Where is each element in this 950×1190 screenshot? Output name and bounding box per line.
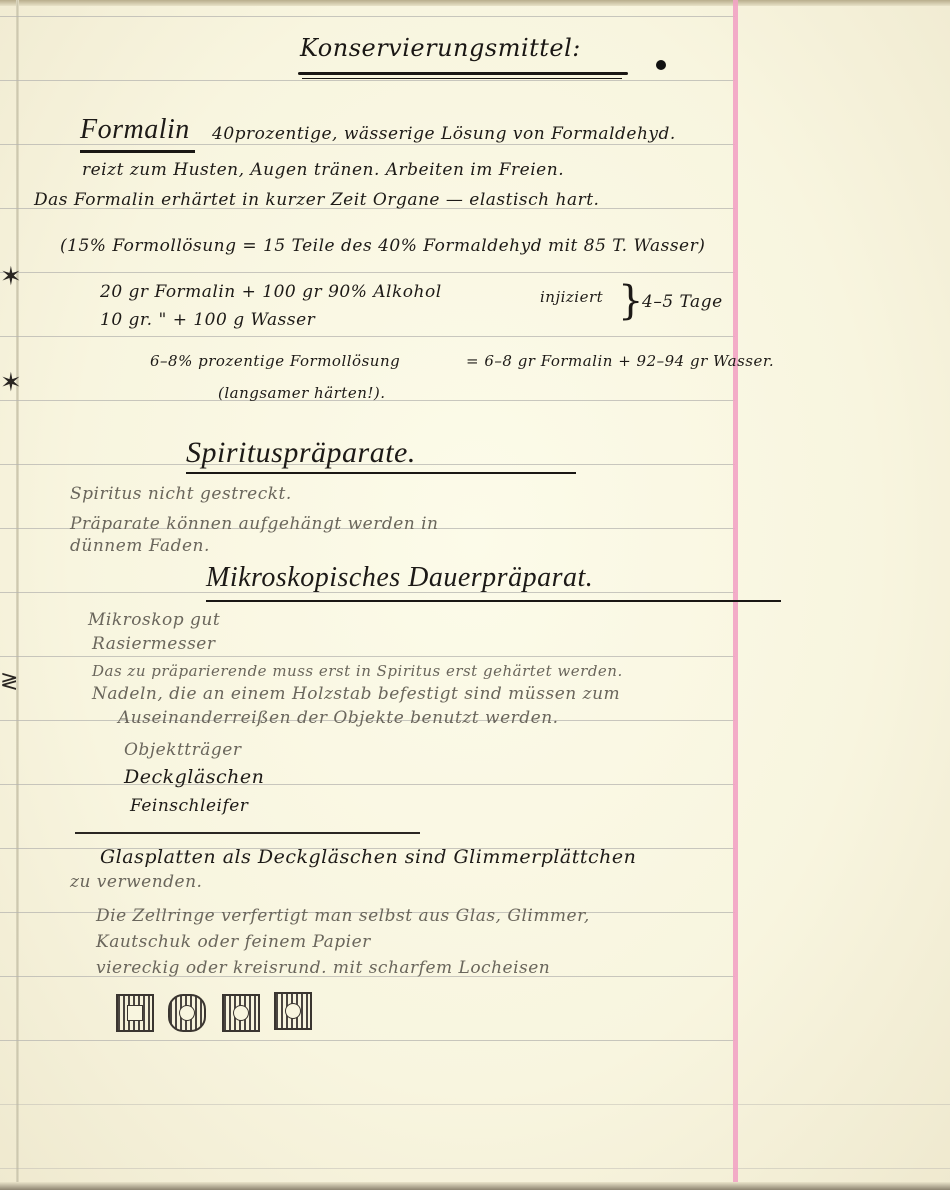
section-separator	[75, 832, 420, 834]
section-heading-formalin: Formalin	[80, 114, 190, 146]
rule-line	[0, 1104, 950, 1105]
round-ring-sketch-icon	[168, 994, 206, 1032]
text-line: = 6–8 gr Formalin + 92–94 gr Wasser.	[466, 352, 774, 370]
title-underline	[302, 78, 622, 79]
star-doodle-icon: ✶	[0, 368, 22, 398]
rule-line	[0, 1040, 735, 1041]
section-heading-dauerpraeparat: Mikroskopisches Dauerpräparat.	[206, 562, 593, 594]
brace-icon: }	[618, 278, 643, 324]
heading-underline	[186, 472, 576, 474]
margin-line	[733, 0, 738, 1190]
notebook-page: ✶ ✶ ≷ Konservierungsmittel: Formalin 40p…	[0, 0, 950, 1190]
text-line: 4–5 Tage	[642, 292, 723, 312]
page-title: Konservierungsmittel:	[300, 34, 581, 62]
ink-blot-icon	[656, 60, 666, 70]
text-line: Feinschleifer	[130, 796, 248, 816]
text-line: Die Zellringe verfertigt man selbst aus …	[96, 906, 590, 926]
text-line: Spiritus nicht gestreckt.	[70, 484, 292, 504]
text-line: Das zu präparierende muss erst in Spirit…	[92, 662, 623, 680]
text-line: 10 gr. " + 100 g Wasser	[100, 310, 315, 330]
text-line: dünnem Faden.	[70, 536, 210, 556]
text-line: 40prozentige, wässerige Lösung von Forma…	[212, 124, 676, 144]
star-doodle-icon: ✶	[0, 262, 22, 292]
text-line: Mikroskop gut	[88, 610, 220, 630]
rule-line	[0, 784, 735, 785]
text-line: (15% Formollösung = 15 Teile des 40% For…	[60, 236, 705, 256]
scribble-doodle-icon: ≷	[0, 668, 18, 694]
text-line: reizt zum Husten, Augen tränen. Arbeiten…	[82, 160, 564, 180]
text-line: Rasiermesser	[92, 634, 216, 654]
heading-underline	[206, 600, 781, 602]
square-ring-round-hole-sketch-icon	[222, 994, 260, 1032]
text-line: Präparate können aufgehängt werden in	[70, 514, 439, 534]
page-top-edge	[0, 0, 950, 6]
square-ring-sketch-icon	[116, 994, 154, 1032]
text-line: injiziert	[540, 288, 603, 306]
text-line: zu verwenden.	[70, 872, 202, 892]
section-heading-spirituspraeparate: Spirituspräparate.	[186, 436, 416, 470]
text-line: Das Formalin erhärtet in kurzer Zeit Org…	[34, 190, 599, 210]
rule-line	[0, 656, 735, 657]
rule-line	[0, 80, 735, 81]
rule-line	[0, 1168, 950, 1169]
page-spine-fold	[16, 0, 19, 1190]
rule-line	[0, 272, 735, 273]
heading-underline	[80, 150, 195, 153]
text-line: Nadeln, die an einem Holzstab befestigt …	[92, 684, 620, 704]
text-line: 6–8% prozentige Formollösung	[150, 352, 400, 370]
rule-line	[0, 336, 735, 337]
text-line: Deckgläschen	[124, 766, 264, 788]
text-line: viereckig oder kreisrund. mit scharfem L…	[96, 958, 550, 978]
text-line: Auseinanderreißen der Objekte benutzt we…	[118, 708, 559, 728]
text-line: (langsamer härten!).	[218, 384, 386, 402]
page-bottom-edge	[0, 1182, 950, 1190]
rule-line	[0, 16, 735, 17]
text-line: Objektträger	[124, 740, 241, 760]
text-line: 20 gr Formalin + 100 gr 90% Alkohol	[100, 282, 442, 302]
text-line: Glasplatten als Deckgläschen sind Glimme…	[100, 846, 636, 868]
title-underline	[298, 72, 628, 75]
text-line: Kautschuk oder feinem Papier	[96, 932, 371, 952]
square-ring-round-hole-cut-sketch-icon	[274, 992, 312, 1030]
